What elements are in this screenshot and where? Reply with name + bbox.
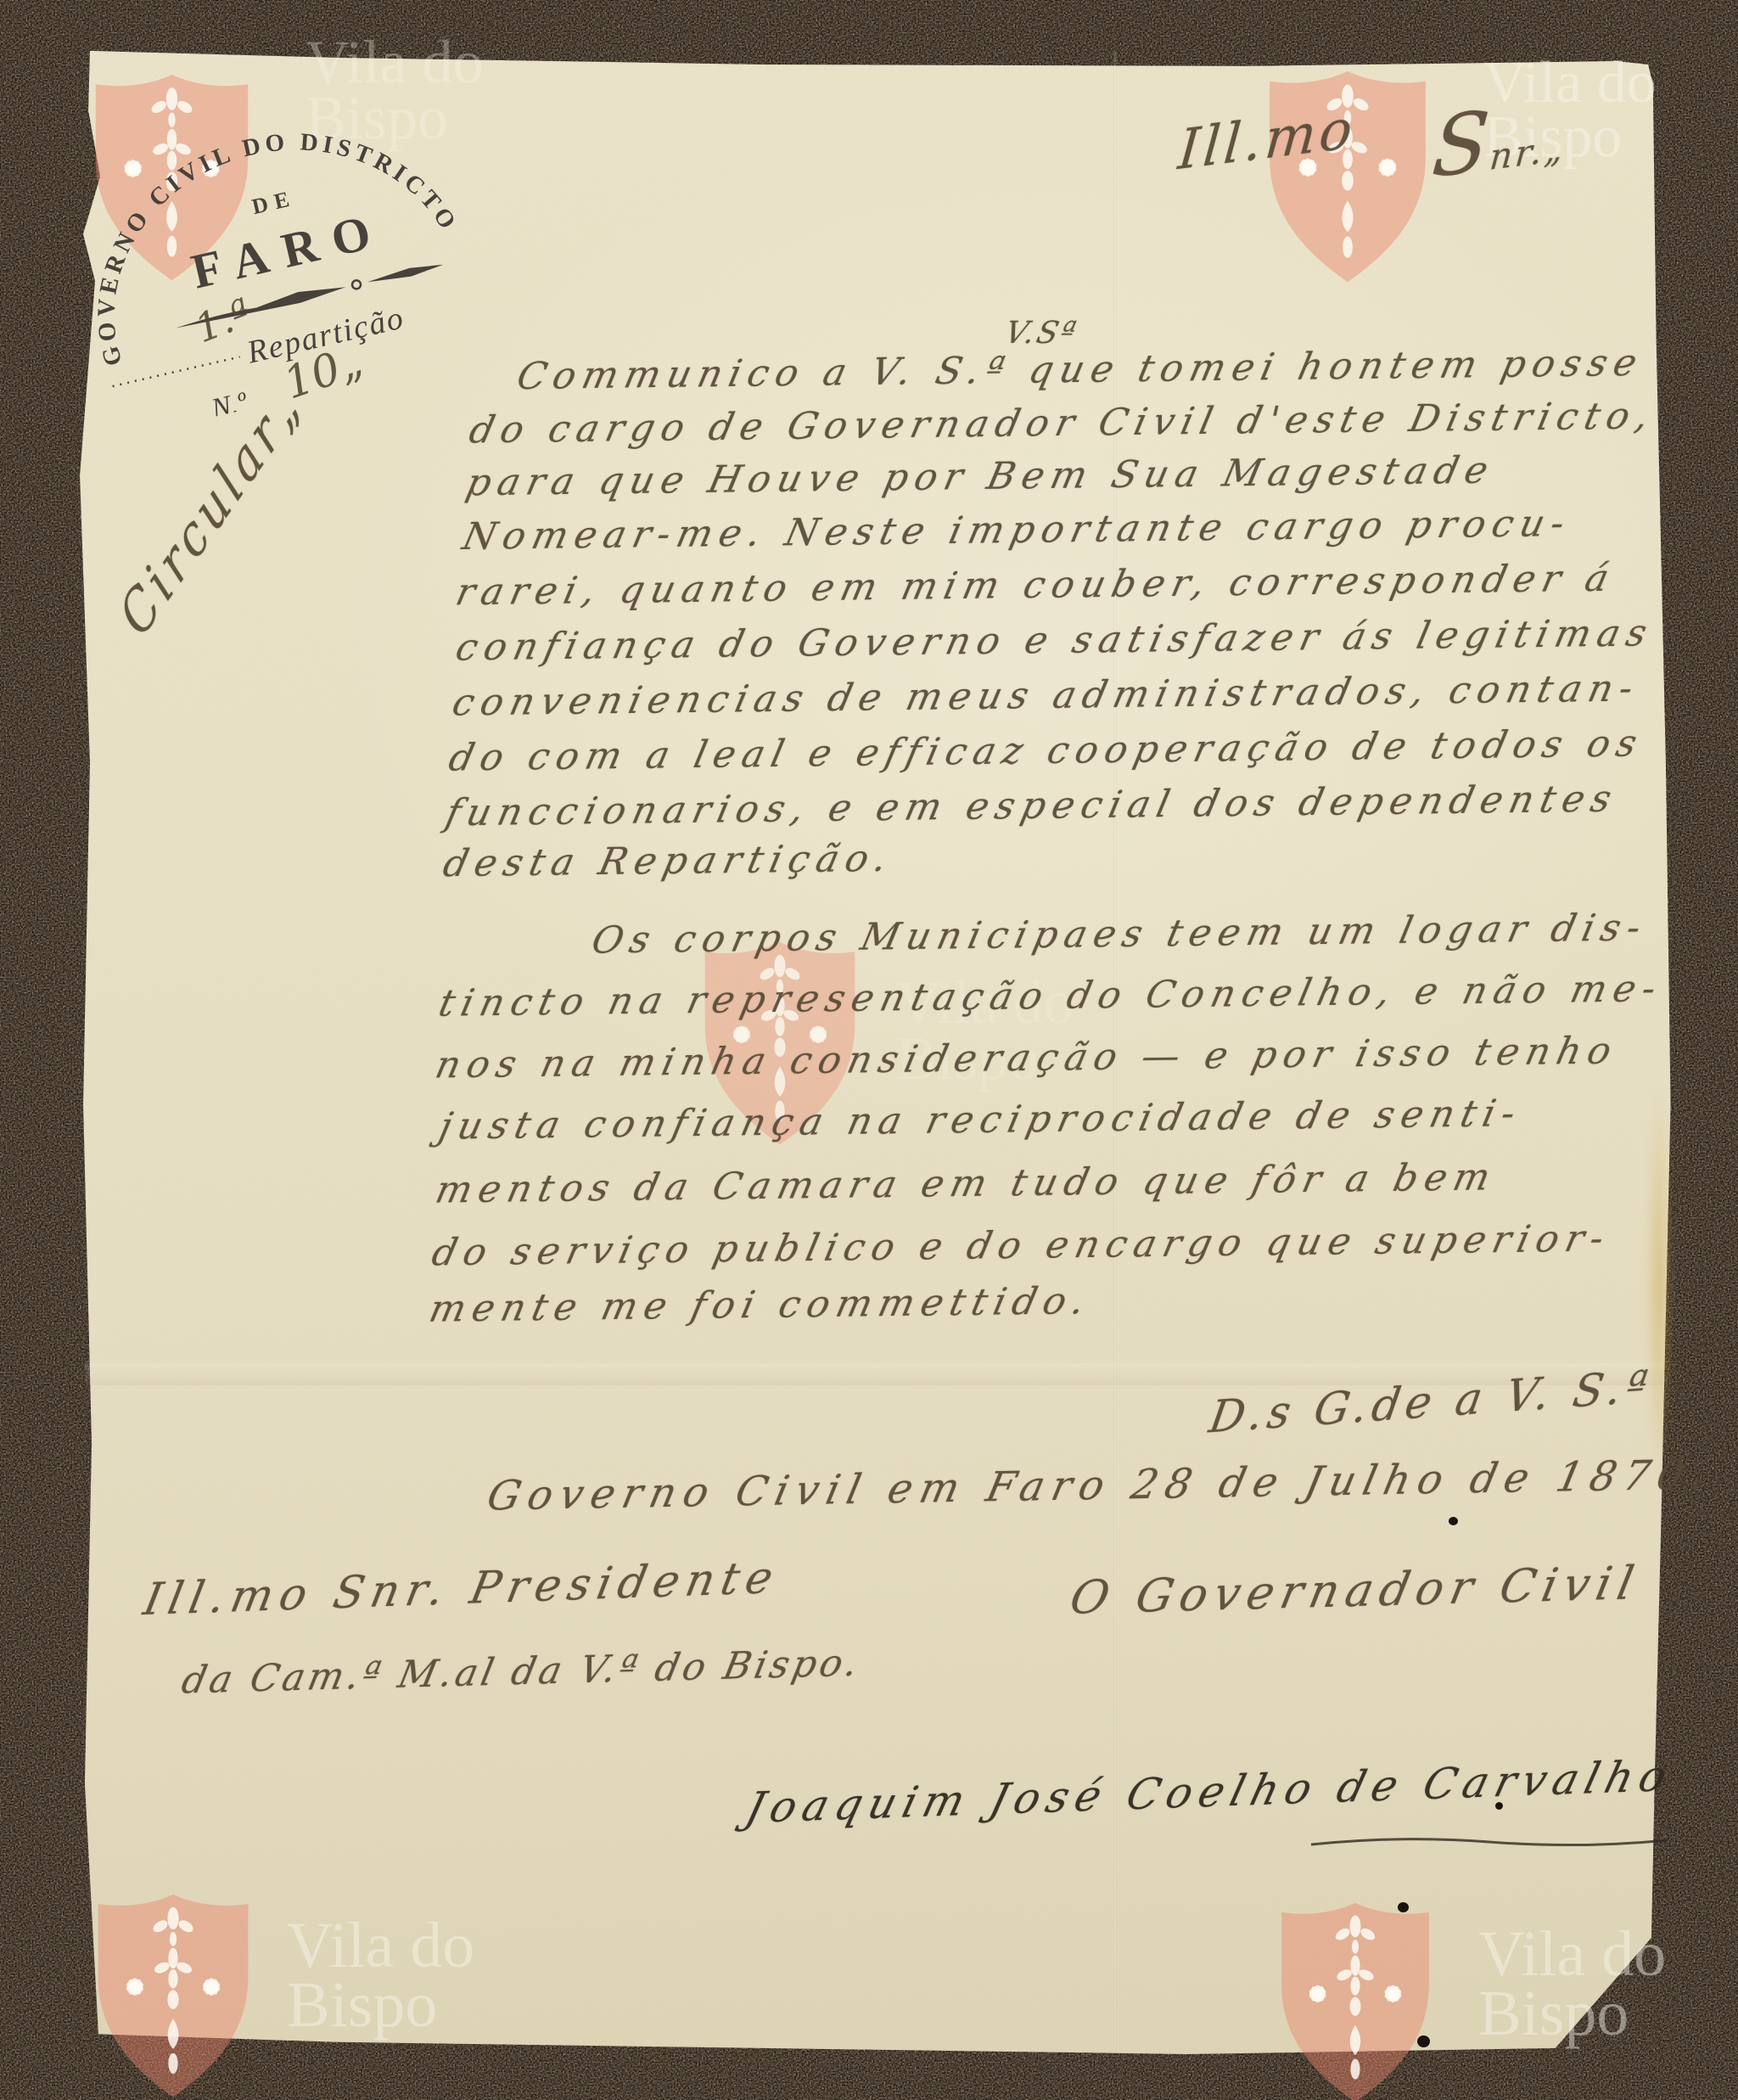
edge-stain: [1645, 1086, 1674, 1485]
interlinear-insertion: V.Sª: [1001, 316, 1081, 351]
body-line: desta Repartição.: [440, 837, 898, 885]
scanned-document-page: Vila doBispo Vila doBispo Vila doBispo V…: [0, 0, 1738, 2100]
stamp-de: DE: [249, 185, 298, 219]
stamp-dotted-leader: [113, 357, 240, 386]
watermark-text: Vila doBispo: [287, 1917, 474, 2035]
body-line: mente me foi commettido.: [425, 1279, 1096, 1330]
ink-dot: [1449, 1517, 1458, 1525]
salutation-title: Snr.„: [1429, 82, 1572, 196]
signature-flourish: [1307, 1832, 1672, 1857]
watermark-shield-icon: [1275, 1900, 1435, 2100]
ink-dot: [1495, 1802, 1503, 1810]
ink-dot: [1417, 2035, 1430, 2047]
watermark-shield-icon: [92, 1891, 255, 2100]
watermark-text: Vila doBispo: [1478, 1925, 1666, 2044]
ink-dot: [1398, 1902, 1409, 1912]
